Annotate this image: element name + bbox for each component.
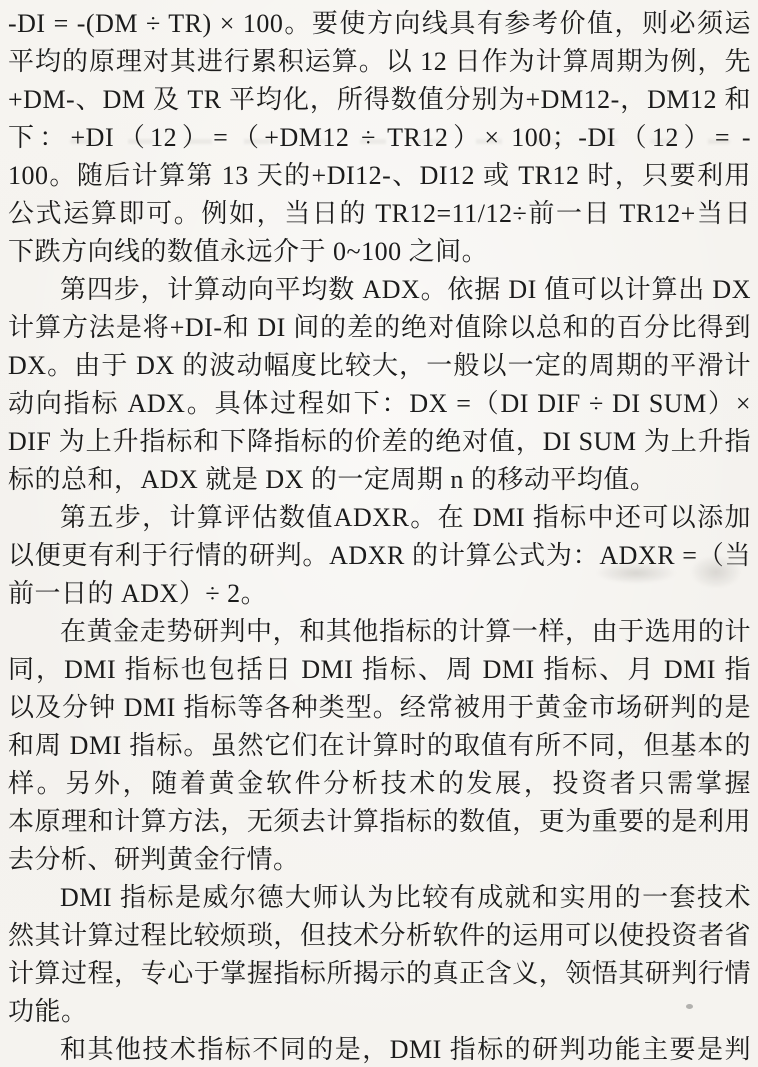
- text-line: 第四步，计算动向平均数 ADX。依据 DI 值可以计算出 DX 指标值。其: [8, 271, 751, 309]
- body-text: -DI = -(DM ÷ TR) × 100。要使方向线具有参考价值，则必须运用…: [8, 5, 751, 1067]
- text-line: 以及分钟 DMI 指标等各种类型。经常被用于黄金市场研判的是日 DMI 指标: [8, 689, 751, 727]
- book-page: -DI = -(DM ÷ TR) × 100。要使方向线具有参考价值，则必须运用…: [0, 0, 758, 1067]
- text-line: 然其计算过程比较烦琐，但技术分析软件的运用可以使投资者省去复杂的: [8, 917, 751, 955]
- text-line: DIF 为上升指标和下降指标的价差的绝对值，DI SUM 为上升指标和下降指: [8, 423, 751, 461]
- text-line: 以便更有利于行情的研判。ADXR 的计算公式为：ADXR =（当日的 ADX +: [8, 537, 751, 575]
- text-line: 下：+DI（12）=（+DM12 ÷ TR12）× 100；-DI（12）= -…: [8, 119, 751, 157]
- text-line: 计算过程，专心于掌握指标所揭示的真正含义，领悟其研判行情的独到: [8, 955, 751, 993]
- text-line: DX。由于 DX 的波动幅度比较大，一般以一定的周期的平滑计算，得到平均: [8, 347, 751, 385]
- text-line: 计算方法是将+DI-和 DI 间的差的绝对值除以总和的百分比得到动向指数: [8, 309, 751, 347]
- text-line: 第五步，计算评估数值ADXR。在 DMI 指标中还可以添加 ADXR 指标，: [8, 499, 751, 537]
- text-line: 和周 DMI 指标。虽然它们在计算时的取值有所不同，但基本的计算方法一: [8, 727, 751, 765]
- paragraph: -DI = -(DM ÷ TR) × 100。要使方向线具有参考价值，则必须运用…: [8, 5, 751, 271]
- text-line: 和其他技术指标不同的是，DMI 指标的研判功能主要是判别黄金市场的: [8, 1031, 751, 1067]
- text-line: 在黄金走势研判中，和其他指标的计算一样，由于选用的计算周期的不: [8, 613, 751, 651]
- paragraph: 和其他技术指标不同的是，DMI 指标的研判功能主要是判别黄金市场的: [8, 1031, 751, 1067]
- paragraph: 第四步，计算动向平均数 ADX。依据 DI 值可以计算出 DX 指标值。其计算方…: [8, 271, 751, 499]
- paragraph: 在黄金走势研判中，和其他指标的计算一样，由于选用的计算周期的不同，DMI 指标也…: [8, 613, 751, 879]
- text-line: 前一日的 ADX）÷ 2。: [8, 575, 751, 613]
- text-line: 下跌方向线的数值永远介于 0~100 之间。: [8, 233, 751, 271]
- text-line: 100。随后计算第 13 天的+DI12-、DI12 或 TR12 时，只要利用…: [8, 157, 751, 195]
- text-line: 平均的原理对其进行累积运算。以 12 日作为计算周期为例，先将 12 日内的: [8, 43, 751, 81]
- text-line: 本原理和计算方法，无须去计算指标的数值，更为重要的是利用 DMI 指标: [8, 803, 751, 841]
- text-line: 标的总和，ADX 就是 DX 的一定周期 n 的移动平均值。: [8, 461, 751, 499]
- text-line: +DM-、DM 及 TR 平均化，所得数值分别为+DM12-，DM12 和 TR…: [8, 81, 751, 119]
- text-line: DMI 指标是威尔德大师认为比较有成就和实用的一套技术分析工具。虽: [8, 879, 751, 917]
- text-line: 去分析、研判黄金行情。: [8, 841, 751, 879]
- text-line: 样。另外，随着黄金软件分析技术的发展，投资者只需掌握 DMI 形成的基: [8, 765, 751, 803]
- text-line: -DI = -(DM ÷ TR) × 100。要使方向线具有参考价值，则必须运用…: [8, 5, 751, 43]
- text-line: 公式运算即可。例如，当日的 TR12=11/12÷前一日 TR12+当日 TR，…: [8, 195, 751, 233]
- text-line: 动向指标 ADX。具体过程如下：DX =（DI DIF ÷ DI SUM）× 1…: [8, 385, 751, 423]
- text-line: 功能。: [8, 993, 751, 1031]
- text-line: 同，DMI 指标也包括日 DMI 指标、周 DMI 指标、月 DMI 指标、年 …: [8, 651, 751, 689]
- paragraph: DMI 指标是威尔德大师认为比较有成就和实用的一套技术分析工具。虽然其计算过程比…: [8, 879, 751, 1031]
- paragraph: 第五步，计算评估数值ADXR。在 DMI 指标中还可以添加 ADXR 指标，以便…: [8, 499, 751, 613]
